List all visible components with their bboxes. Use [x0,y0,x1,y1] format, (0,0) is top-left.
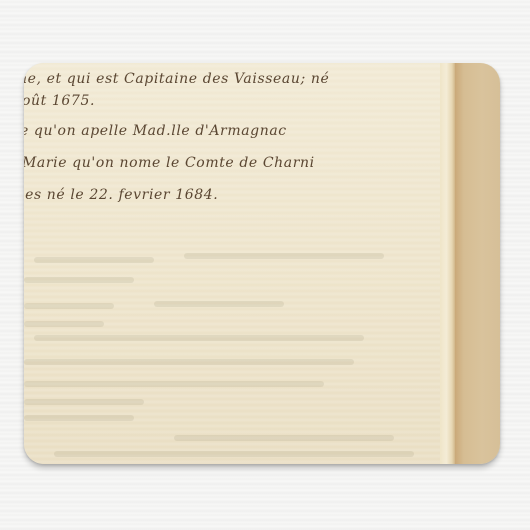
torn-page-edge [440,63,456,464]
manuscript-line-5: les né le 22. fevrier 1684. [24,187,218,203]
manuscript-line-2: oût 1675. [24,93,95,109]
manuscript-page: ne, et qui est Capitaine des Vaisseau; n… [24,63,449,464]
tan-binding-strip [455,63,500,464]
mousepad: ne, et qui est Capitaine des Vaisseau; n… [24,63,500,464]
manuscript-line-1: ne, et qui est Capitaine des Vaisseau; n… [24,71,329,87]
manuscript-line-4: Marie qu'on nome le Comte de Charni [24,155,315,171]
manuscript-line-3: e qu'on apelle Mad.lle d'Armagnac [24,123,287,139]
